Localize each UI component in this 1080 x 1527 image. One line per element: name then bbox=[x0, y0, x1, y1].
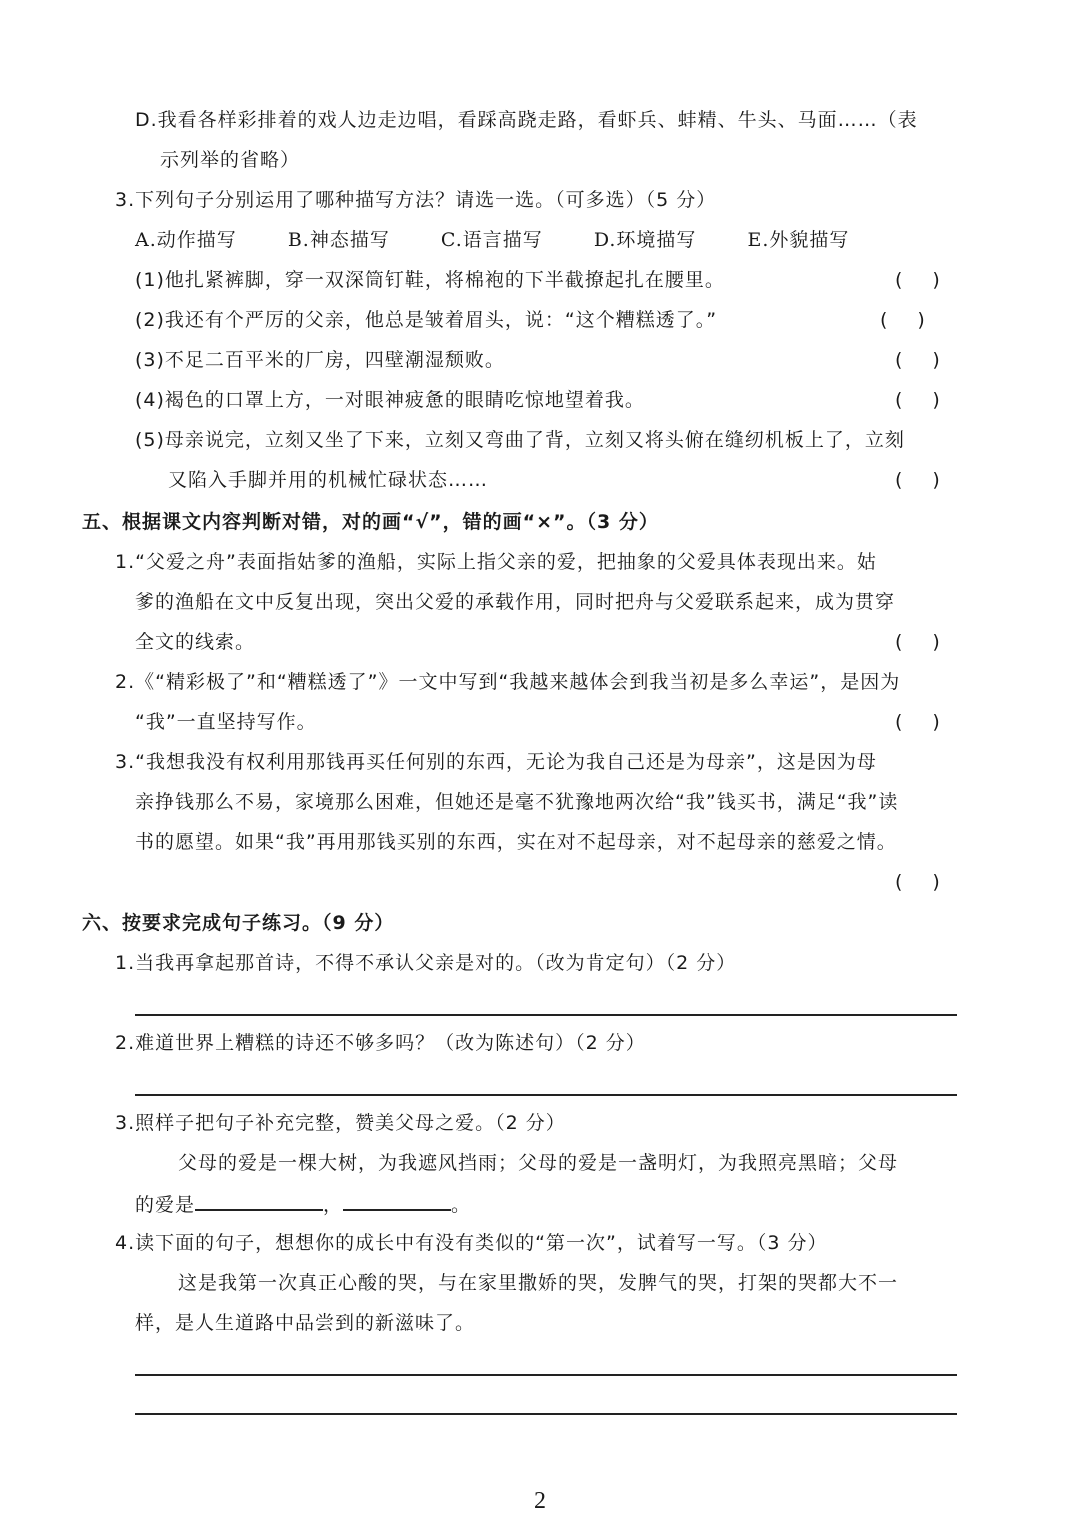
s5-item-3-line2: 亲挣钱那么不易，家境那么困难，但她还是毫不犹豫地两次给“我”钱买书，满足“我”读 bbox=[135, 790, 1080, 814]
s6-q4-example-line1: 这是我第一次真正心酸的哭，与在家里撒娇的哭，发脾气的哭，打架的哭都大不一 bbox=[178, 1271, 1080, 1295]
section-5-title: 五、根据课文内容判断对错，对的画“√”，错的画“×”。（3 分） bbox=[82, 510, 1080, 534]
s6-q1: 1.当我再拿起那首诗，不得不承认父亲是对的。（改为肯定句）（2 分） bbox=[115, 951, 1080, 975]
s6-q3-prompt: 的爱是 bbox=[135, 1194, 195, 1216]
answer-blank-q3-1[interactable]: () bbox=[895, 268, 940, 292]
s6-q4-example-line2: 样，是人生道路中品尝到的新滋味了。 bbox=[135, 1311, 1080, 1335]
page-number: 2 bbox=[0, 1488, 1080, 1515]
answer-line-s6-q4-1[interactable] bbox=[135, 1374, 957, 1376]
section-6-title: 六、按要求完成句子练习。（9 分） bbox=[82, 911, 1080, 935]
option-d-line2: 示列举的省略） bbox=[160, 148, 1080, 172]
s6-q3-comma: ， bbox=[323, 1194, 343, 1216]
answer-blank-q3-4[interactable]: () bbox=[895, 388, 940, 412]
s6-q4-title: 4.读下面的句子，想想你的成长中有没有类似的“第一次”，试着写一写。（3 分） bbox=[115, 1231, 1080, 1255]
option-e: E.外貌描写 bbox=[747, 228, 849, 252]
answer-line-s6-q4-2[interactable] bbox=[135, 1413, 957, 1415]
description-options: A.动作描写 B.神态描写 C.语言描写 D.环境描写 E.外貌描写 bbox=[135, 228, 1080, 252]
answer-blank-s5-1[interactable]: () bbox=[895, 630, 940, 654]
s6-q2: 2.难道世界上糟糕的诗还不够多吗？（改为陈述句）（2 分） bbox=[115, 1031, 1080, 1055]
fill-blank-1[interactable] bbox=[195, 1191, 323, 1211]
fill-blank-2[interactable] bbox=[343, 1191, 451, 1211]
option-b: B.神态描写 bbox=[288, 228, 390, 252]
answer-blank-q3-3[interactable]: () bbox=[895, 348, 940, 372]
option-d-line1: D.我看各样彩排着的戏人边走边唱，看踩高跷走路，看虾兵、蚌精、牛头、马面……（表 bbox=[135, 108, 1080, 132]
answer-line-s6-q2[interactable] bbox=[135, 1094, 957, 1096]
question-3-title: 3.下列句子分别运用了哪种描写方法？请选一选。（可多选）（5 分） bbox=[115, 188, 1080, 212]
s5-item-3-line1: 3.“我想我没有权利用那钱再买任何别的东西，无论为我自己还是为母亲”，这是因为母 bbox=[115, 750, 1080, 774]
s5-item-2-line1: 2.《“精彩极了”和“糟糕透了”》一文中写到“我越来越体会到我当初是多么幸运”，… bbox=[115, 670, 1080, 694]
s5-item-1-line2: 爹的渔船在文中反复出现，突出父爱的承载作用，同时把舟与父爱联系起来，成为贯穿 bbox=[135, 590, 1080, 614]
s6-q3-fill: 的爱是，。 bbox=[135, 1191, 1080, 1217]
answer-blank-s5-3[interactable]: () bbox=[895, 870, 940, 894]
q3-item-5-line2: 又陷入手脚并用的机械忙碌状态…… bbox=[168, 468, 1080, 492]
answer-blank-q3-2[interactable]: () bbox=[880, 308, 925, 332]
s6-q3-period: 。 bbox=[451, 1194, 471, 1216]
s6-q3-example: 父母的爱是一棵大树，为我遮风挡雨；父母的爱是一盏明灯，为我照亮黑暗；父母 bbox=[178, 1151, 1080, 1175]
s6-q3-title: 3.照样子把句子补充完整，赞美父母之爱。（2 分） bbox=[115, 1111, 1080, 1135]
answer-blank-s5-2[interactable]: () bbox=[895, 710, 940, 734]
q3-item-2: (2)我还有个严厉的父亲，他总是皱着眉头，说：“这个糟糕透了。” bbox=[135, 308, 1080, 332]
q3-item-5-line1: (5)母亲说完，立刻又坐了下来，立刻又弯曲了背，立刻又将头俯在缝纫机板上了，立刻 bbox=[135, 428, 1080, 452]
option-c: C.语言描写 bbox=[441, 228, 543, 252]
answer-line-s6-q1[interactable] bbox=[135, 1014, 957, 1016]
s5-item-3-line3: 书的愿望。如果“我”再用那钱买别的东西，实在对不起母亲，对不起母亲的慈爱之情。 bbox=[135, 830, 1080, 854]
option-a: A.动作描写 bbox=[135, 228, 237, 252]
s5-item-1-line1: 1.“父爱之舟”表面指姑爹的渔船，实际上指父亲的爱，把抽象的父爱具体表现出来。姑 bbox=[115, 550, 1080, 574]
option-d: D.环境描写 bbox=[594, 228, 697, 252]
answer-blank-q3-5[interactable]: () bbox=[895, 468, 940, 492]
